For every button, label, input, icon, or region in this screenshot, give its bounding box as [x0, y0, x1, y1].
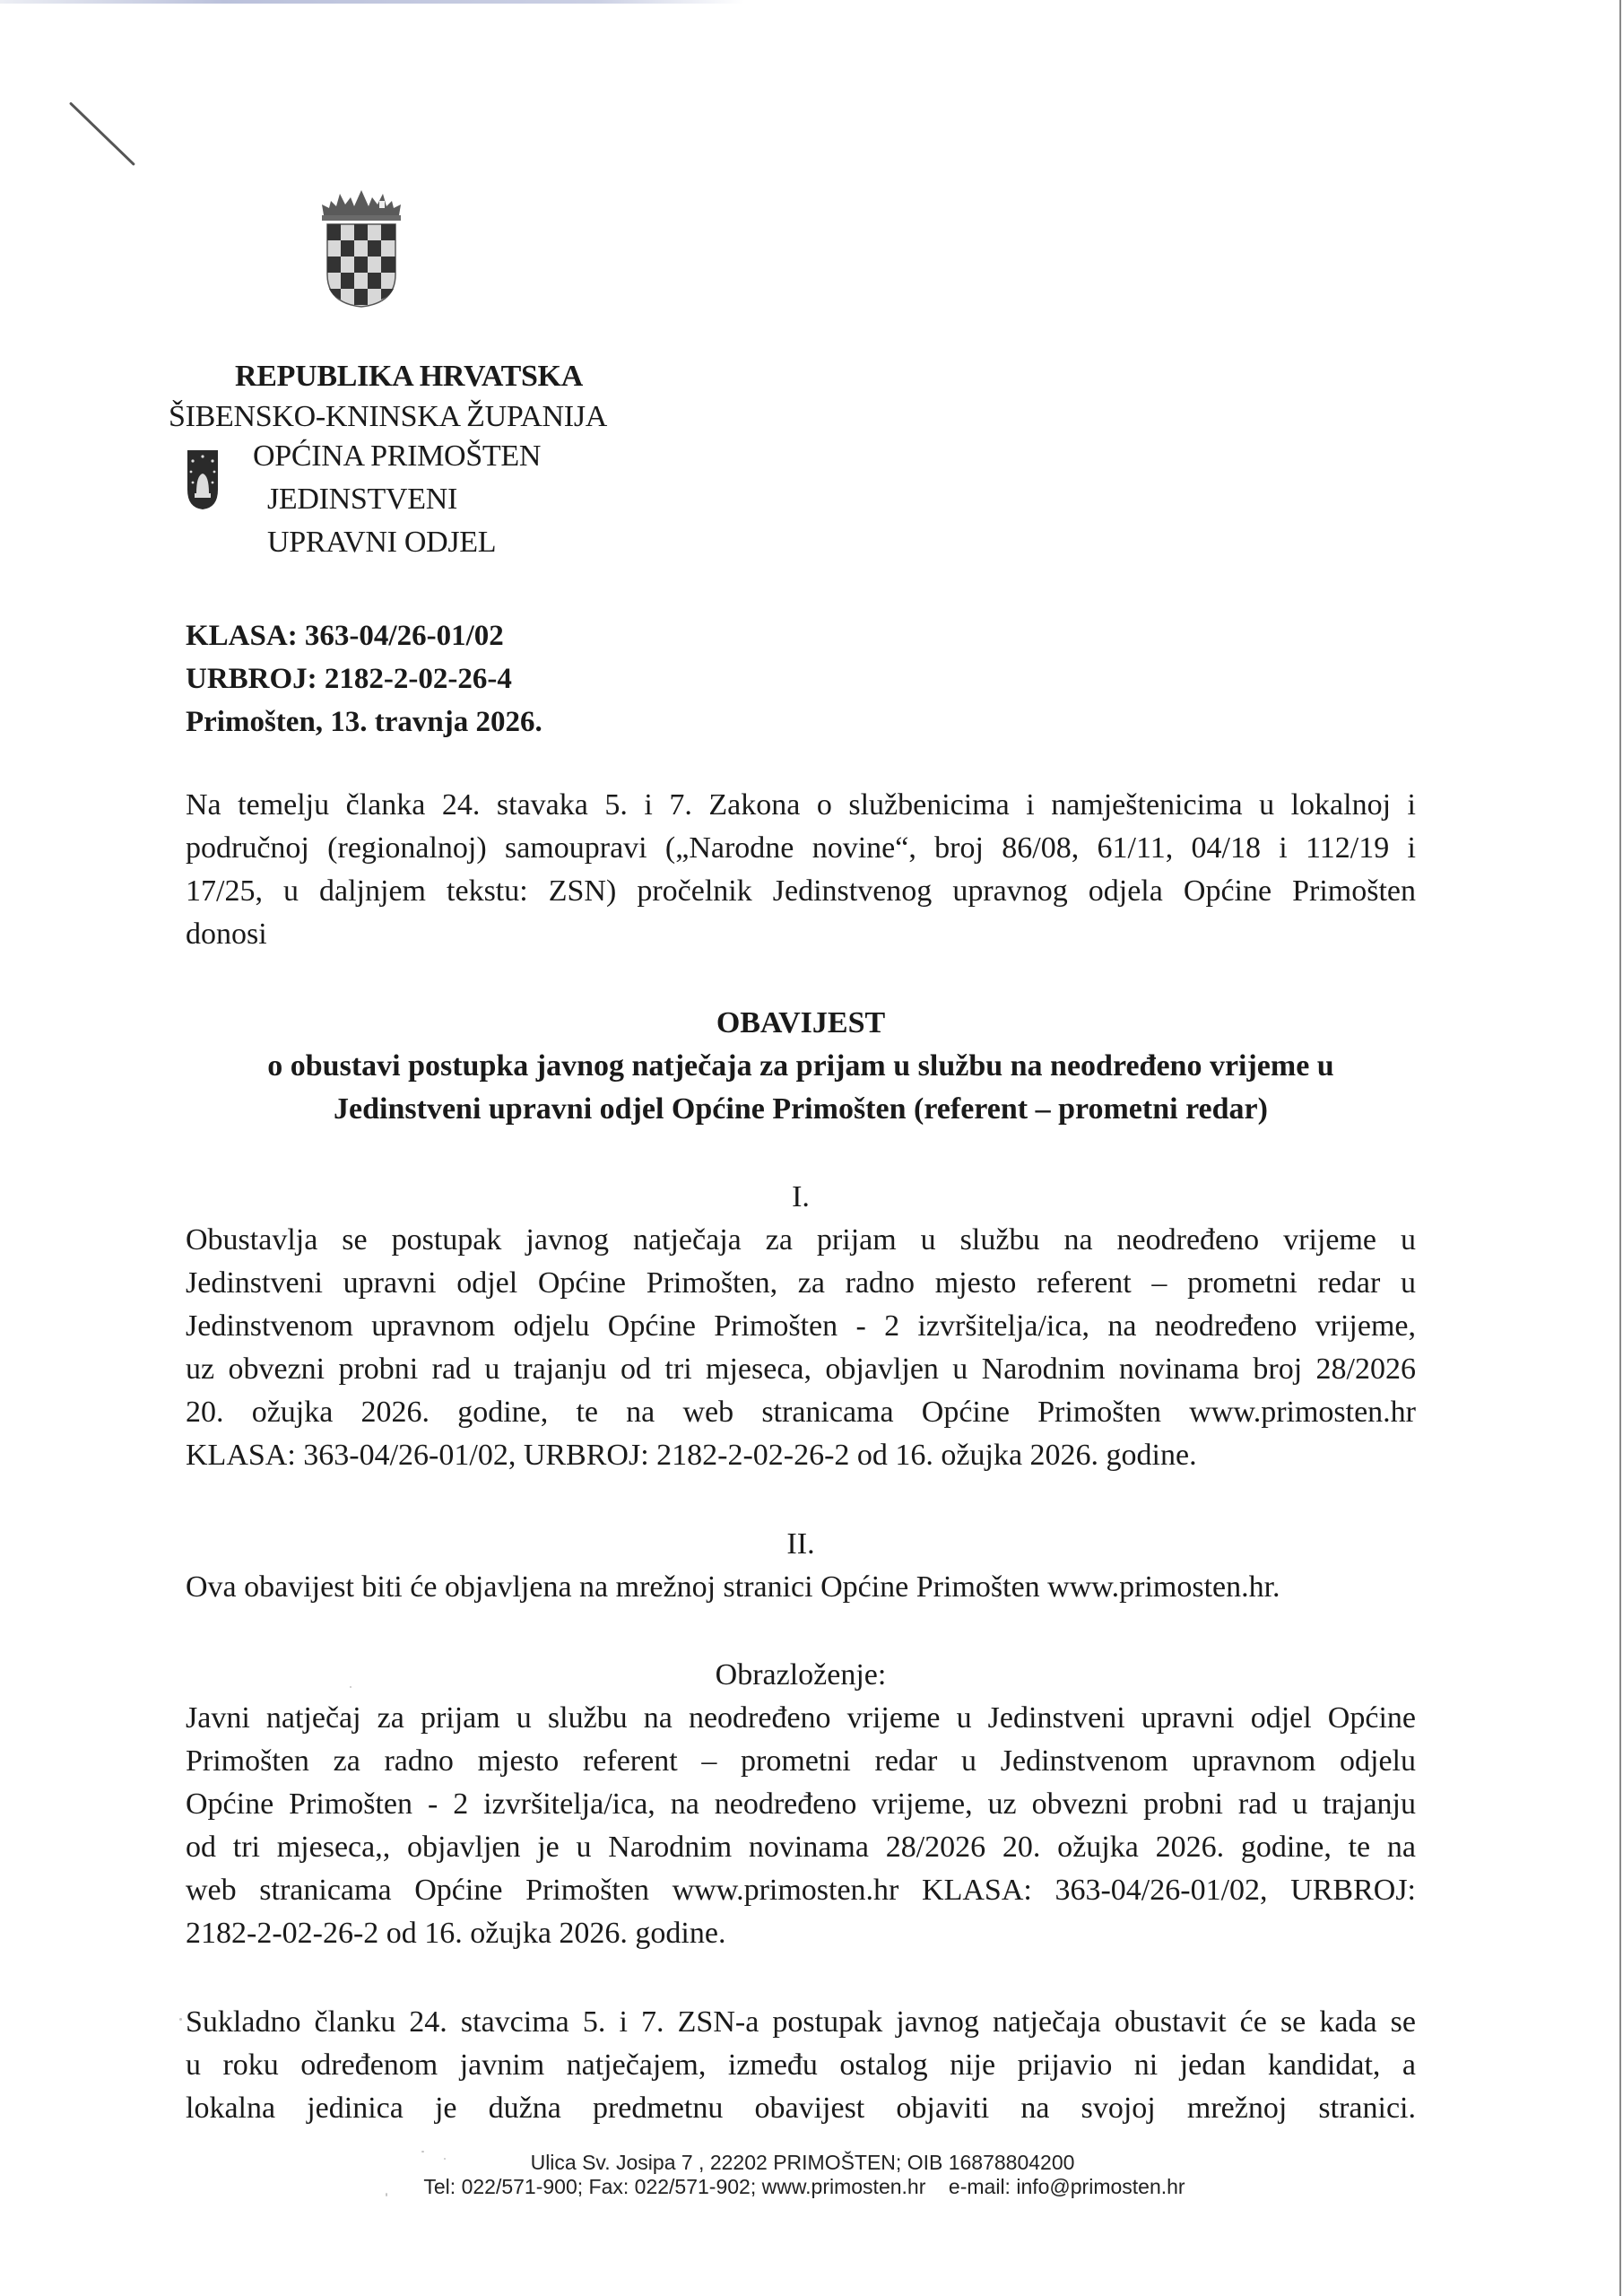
footer-contact: Tel: 022/571-900; Fax: 022/571-902; www.… — [0, 2177, 1616, 2197]
rationale-line: web stranicama Općine Primošten www.prim… — [186, 1875, 1416, 1906]
scan-speck — [350, 1686, 352, 1688]
section-1-line: Jedinstveni upravni odjel Općine Primošt… — [186, 1268, 1416, 1299]
primosten-crest-icon — [186, 448, 220, 511]
county-heading: ŠIBENSKO-KNINSKA ŽUPANIJA — [169, 402, 607, 432]
scan-edge-right — [1619, 0, 1621, 2296]
department-line-2: UPRAVNI ODJEL — [267, 527, 496, 558]
section-1-line: Jedinstvenom upravnom odjelu Općine Prim… — [186, 1311, 1416, 1342]
country-heading: REPUBLIKA HRVATSKA — [235, 361, 583, 392]
rationale-line: 2182-2-02-26-2 od 16. ožujka 2026. godin… — [186, 1918, 1416, 1949]
document-subtitle-line: o obustavi postupka javnog natječaja za … — [186, 1051, 1416, 1082]
document-title: OBAVIJEST — [186, 1008, 1416, 1039]
document-subtitle-line: Jedinstveni upravni odjel Općine Primošt… — [186, 1094, 1416, 1125]
scan-speck — [386, 2193, 387, 2196]
urbroj-number: URBROJ: 2182-2-02-26-4 — [186, 665, 512, 694]
rationale-line: od tri mjeseca,, objavljen je u Narodnim… — [186, 1832, 1416, 1863]
preamble-line: donosi — [186, 919, 1416, 950]
rationale-line: u roku određenom javnim natječajem, izme… — [186, 2050, 1416, 2081]
scan-speck — [179, 2018, 182, 2021]
section-2-number: II. — [186, 1529, 1416, 1560]
municipality-heading: OPĆINA PRIMOŠTEN — [253, 441, 541, 472]
rationale-line: lokalna jedinica je dužna predmetnu obav… — [186, 2093, 1416, 2124]
place-date: Primošten, 13. travnja 2026. — [186, 708, 542, 737]
preamble-line: Na temelju članka 24. stavaka 5. i 7. Za… — [186, 790, 1416, 821]
section-2-line: Ova obavijest biti će objavljena na mrež… — [186, 1572, 1416, 1603]
preamble-line: područnoj (regionalnoj) samoupravi („Nar… — [186, 833, 1416, 864]
section-1-line: Obustavlja se postupak javnog natječaja … — [186, 1225, 1416, 1256]
croatian-coat-of-arms-icon — [318, 188, 404, 309]
rationale-line: Sukladno članku 24. stavcima 5. i 7. ZSN… — [186, 2007, 1416, 2038]
preamble-line: 17/25, u daljnjem tekstu: ZSN) pročelnik… — [186, 876, 1416, 907]
rationale-line: Općine Primošten - 2 izvršitelja/ica, na… — [186, 1789, 1416, 1820]
section-1-line: uz obvezni probni rad u trajanju od tri … — [186, 1354, 1416, 1385]
staple-mark — [69, 101, 135, 166]
rationale-line: Primošten za radno mjesto referent – pro… — [186, 1746, 1416, 1777]
rationale-heading: Obrazloženje: — [186, 1660, 1416, 1691]
rationale-line: Javni natječaj za prijam u službu na neo… — [186, 1703, 1416, 1734]
section-1-line: 20. ožujka 2026. godine, te na web stran… — [186, 1397, 1416, 1428]
scan-speck — [444, 2158, 446, 2160]
scan-speck — [421, 2151, 424, 2152]
scan-edge-top — [0, 0, 744, 4]
section-1-number: I. — [186, 1182, 1416, 1213]
klasa-number: KLASA: 363-04/26-01/02 — [186, 622, 504, 651]
footer-address: Ulica Sv. Josipa 7 , 22202 PRIMOŠTEN; OI… — [0, 2152, 1614, 2173]
department-line-1: JEDINSTVENI — [267, 484, 457, 515]
section-1-line: KLASA: 363-04/26-01/02, URBROJ: 2182-2-0… — [186, 1440, 1416, 1471]
